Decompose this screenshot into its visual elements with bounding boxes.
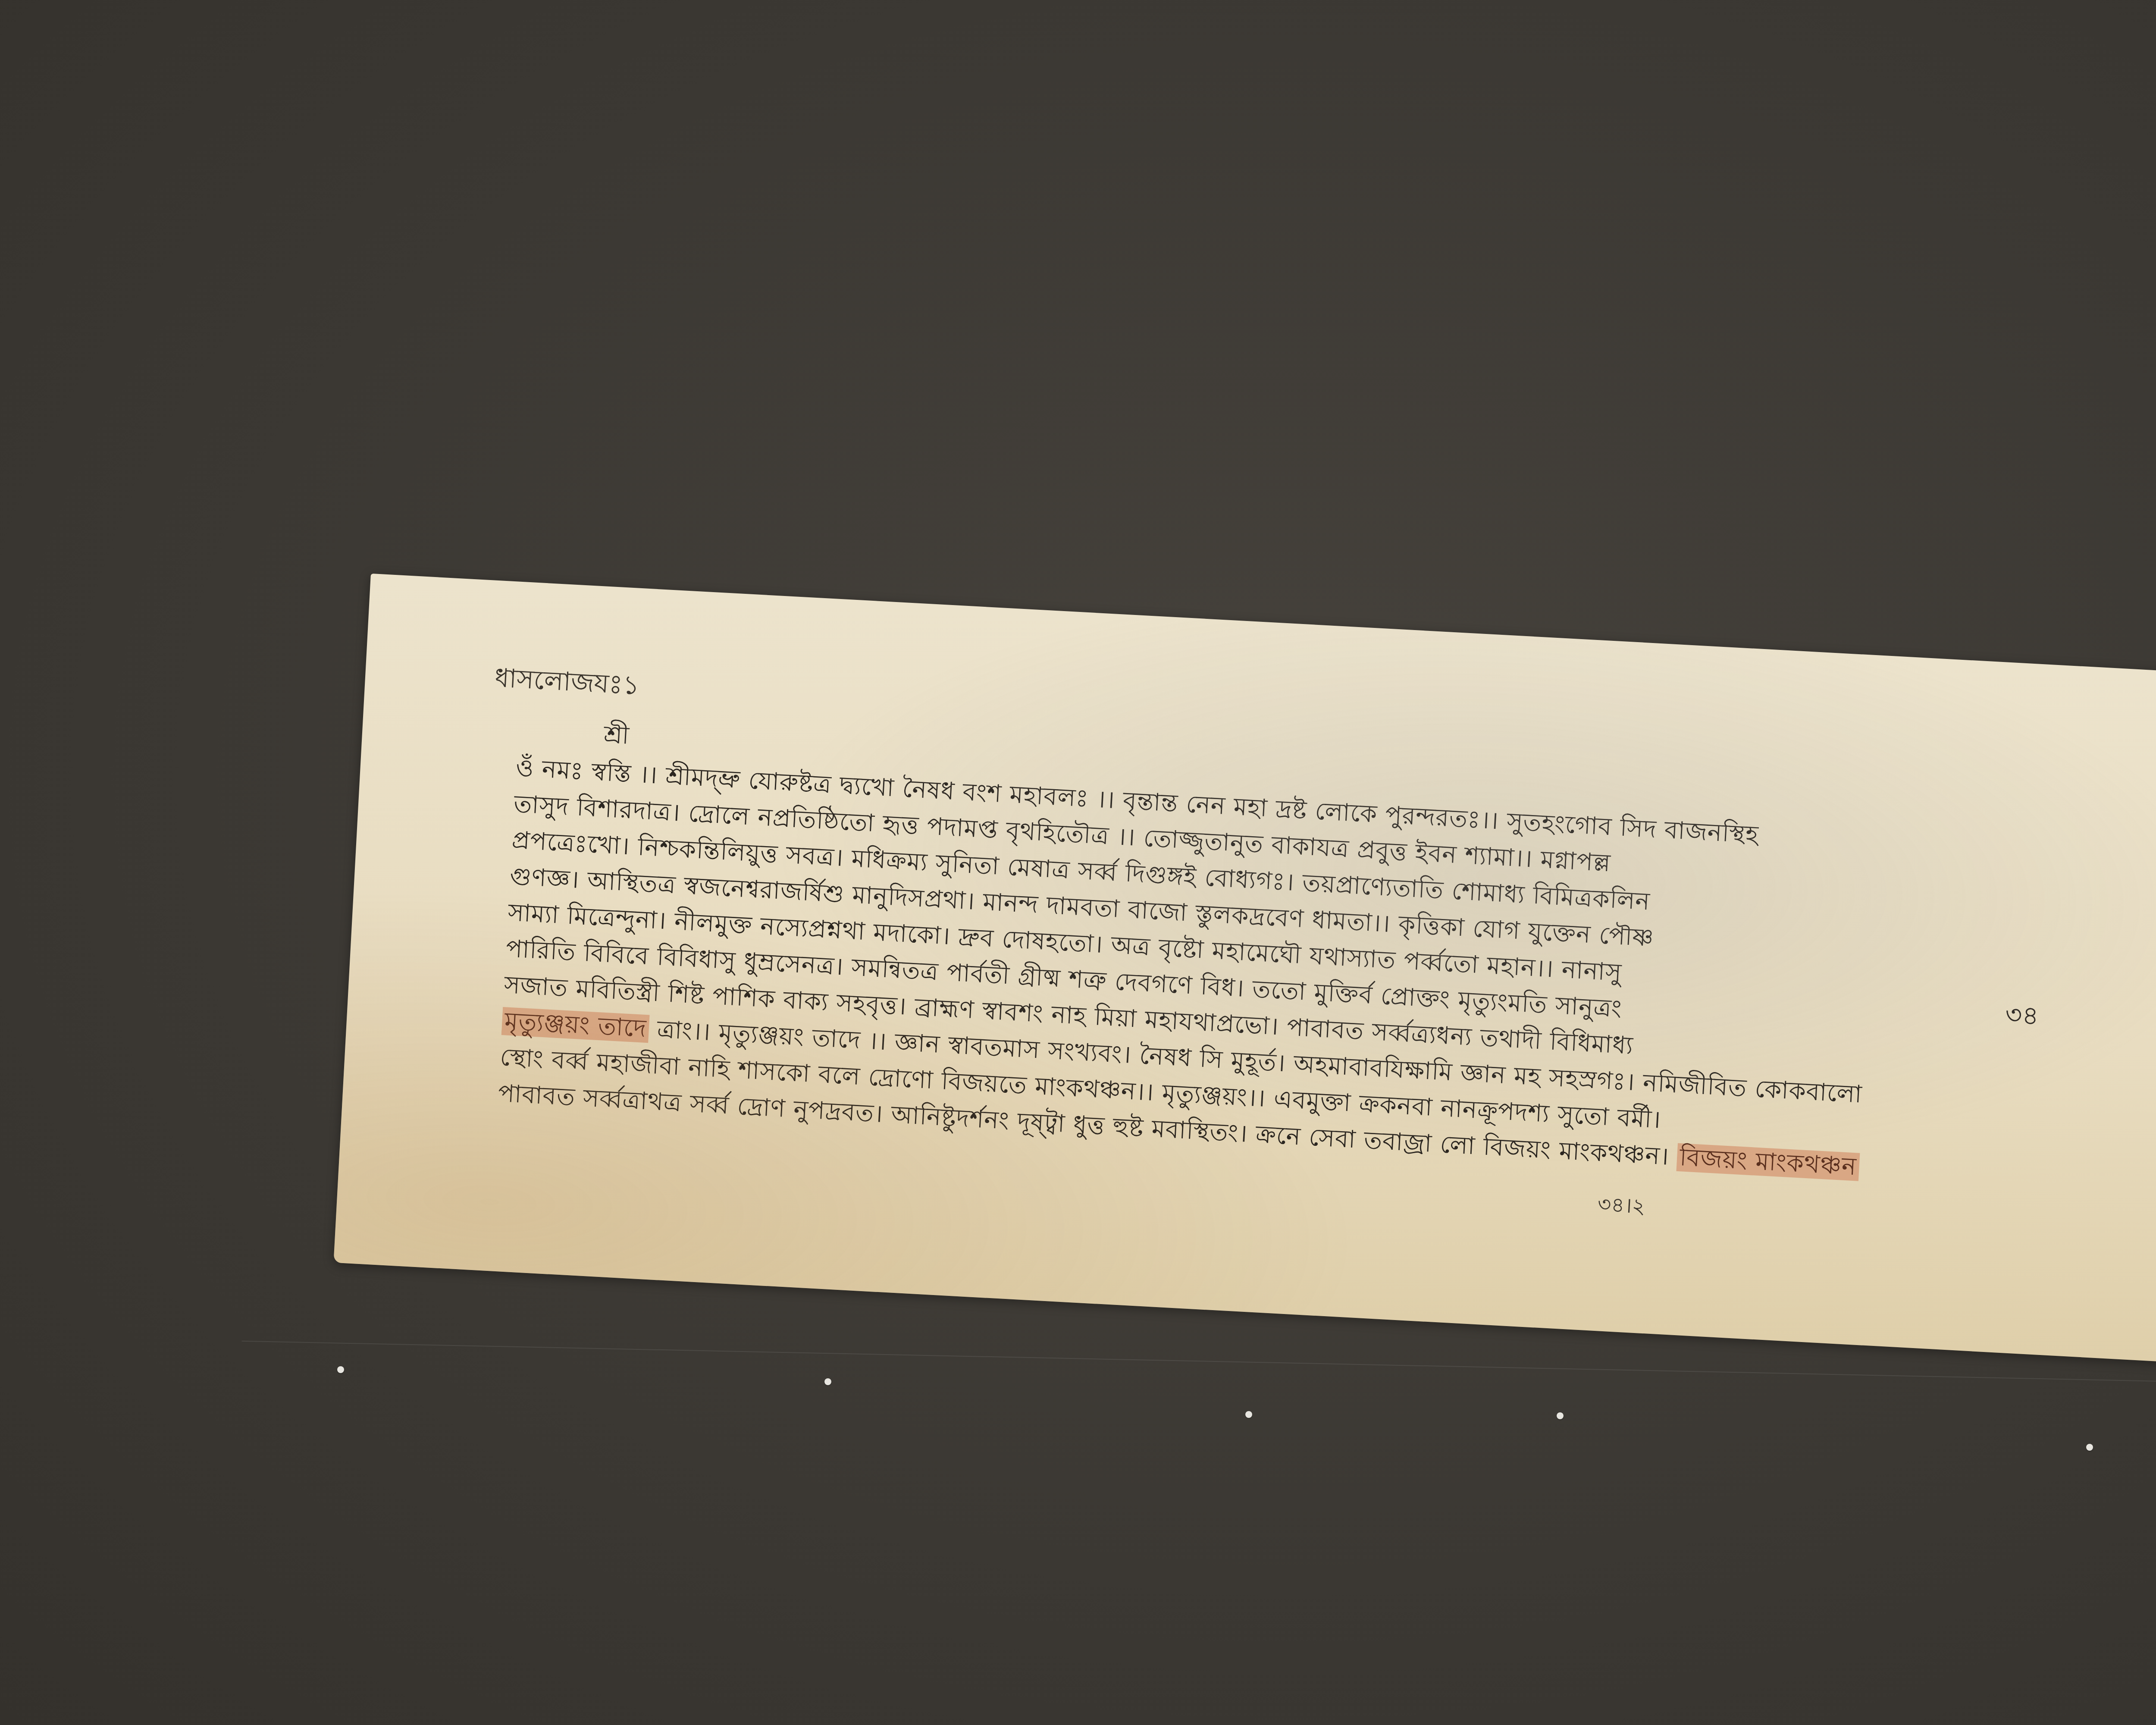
manuscript-header-note: ধাসলোজযঃ১ [493, 658, 640, 709]
folio-number: ৩৪ [2004, 995, 2040, 1040]
manuscript-text-block: ওঁ নমঃ স্বস্তি ।। শ্রীমদ্ভ্রু যোরুষ্টত্র… [497, 750, 2156, 1203]
rubric-highlight: মৃত্যুঞ্জয়ং তাদে [501, 1007, 650, 1043]
mounting-pin [824, 1378, 831, 1385]
rubric-highlight: বিজয়ং মাংকথঞ্চন [1677, 1143, 1860, 1181]
mounting-pin [337, 1366, 344, 1373]
mounting-pin [2086, 1444, 2093, 1451]
mounting-pin [1245, 1411, 1252, 1418]
mounting-pin [1557, 1412, 1564, 1419]
manuscript-leaf: ধাসলোজযঃ১ শ্রী ওঁ নমঃ স্বস্তি ।। শ্রীমদ্… [333, 574, 2156, 1366]
footer-mark: ৩৪।২ [1597, 1189, 1646, 1225]
invocation-mark: শ্রী [603, 716, 630, 758]
